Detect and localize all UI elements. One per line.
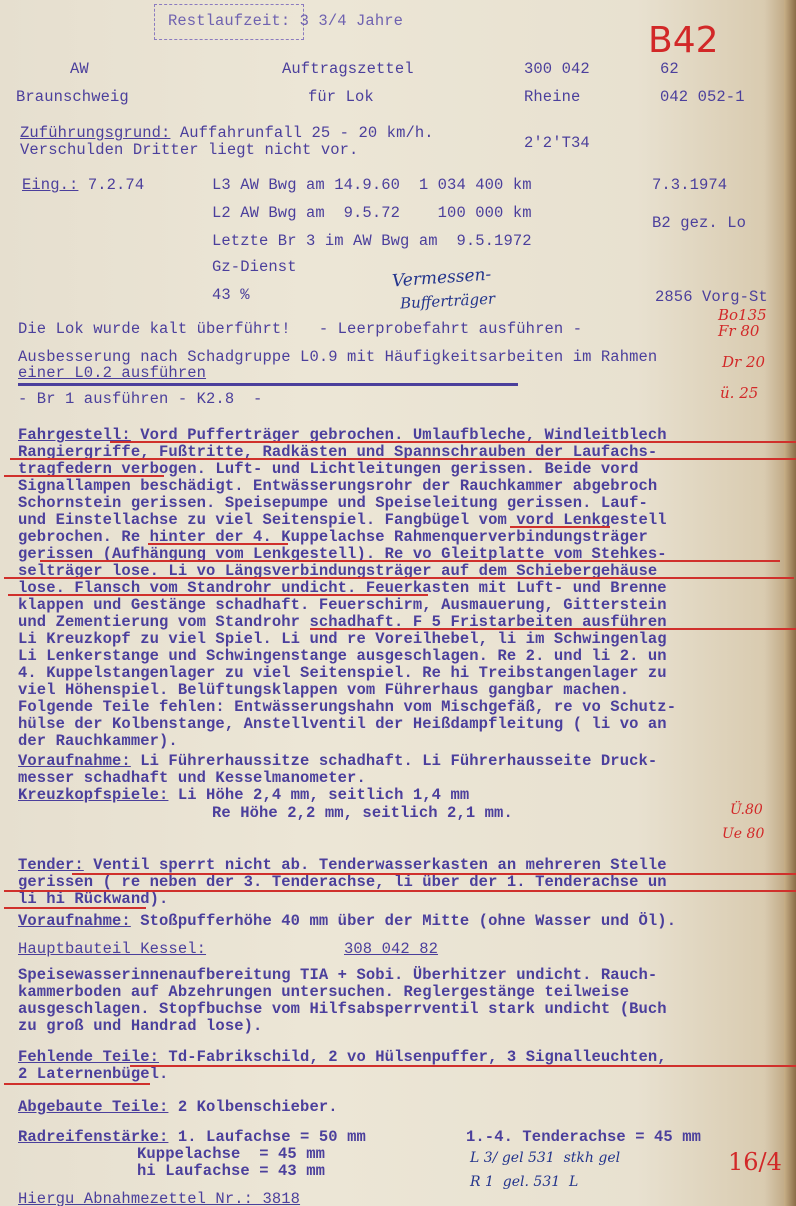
chassis-line-3: Signallampen beschädigt. Entwässerungsro… <box>18 477 657 495</box>
percent: 43 % <box>212 286 250 304</box>
red-underline <box>510 526 610 528</box>
chassis-line-17: hülse der Kolbenstange, Anstellventil de… <box>18 715 667 733</box>
boiler-line-3: zu groß und Handrad lose). <box>18 1017 262 1035</box>
crosshead-line-1: Kreuzkopfspiele: Li Höhe 2,4 mm, seitlic… <box>18 786 469 804</box>
header-aw: AW <box>70 60 89 78</box>
l2-inspection: L2 AW Bwg am 9.5.72 100 000 km <box>212 204 532 222</box>
boiler-number: 308 042 82 <box>344 940 438 958</box>
last-br3: Letzte Br 3 im AW Bwg am 9.5.1972 <box>212 232 532 250</box>
red-underline <box>4 475 164 477</box>
boiler-line-2: ausgeschlagen. Stopfbuchse vom Hilfsabsp… <box>18 1000 667 1018</box>
boiler-label: Hauptbauteil Kessel: <box>18 940 206 958</box>
wheel-arrangement: 2'2'T34 <box>524 134 590 152</box>
cold-transfer-line: Die Lok wurde kalt überführt! - Leerprob… <box>18 320 582 338</box>
crosshead-label: Kreuzkopfspiele: <box>18 786 168 804</box>
pre-inspection-1-line-1: Voraufnahme: Li Führerhaussitze schadhaf… <box>18 752 657 770</box>
paper-edge <box>784 0 796 1206</box>
red-underline <box>10 458 796 460</box>
tyre-tender: 1.-4. Tenderachse = 45 mm <box>466 1128 701 1146</box>
red-note-bottom: 16/4 <box>728 1148 782 1176</box>
chassis-line-10: klappen und Gestänge schadhaft. Feuersch… <box>18 596 667 614</box>
tender-line-2: gerissen ( re neben der 3. Tenderachse, … <box>18 873 667 891</box>
handwritten-blue-2: Bufferträger <box>400 290 496 313</box>
missing-parts-line-2: 2 Laternenbügel. <box>18 1065 168 1083</box>
br1-line: - Br 1 ausführen - K2.8 - <box>18 390 262 408</box>
missing-parts-line-1: Fehlende Teile: Td-Fabrikschild, 2 vo Hü… <box>18 1048 667 1066</box>
pre-inspection-1-line-2: messer schadhaft und Kesselmanometer. <box>18 769 366 787</box>
chassis-line-6: gebrochen. Re hinter der 4. Kuppelachse … <box>18 528 648 546</box>
reason-line-2: Verschulden Dritter liegt nicht vor. <box>20 141 358 159</box>
pre-inspection-2: Voraufnahme: Stoßpufferhöhe 40 mm über d… <box>18 912 676 930</box>
reason-line-1: Zuführungsgrund: Auffahrunfall 25 - 20 k… <box>20 124 434 142</box>
removed-parts: Abgebaute Teile: 2 Kolbenschieber. <box>18 1098 338 1116</box>
chassis-line-4: Schornstein gerissen. Speisepumpe und Sp… <box>18 494 648 512</box>
chassis-line-14: 4. Kuppelstangenlager zu viel Seitenspie… <box>18 664 667 682</box>
handwritten-blue-1: Vermessen- <box>391 265 491 292</box>
red-underline <box>4 890 796 892</box>
right-b2: B2 gez. Lo <box>652 214 746 232</box>
missing-parts-label: Fehlende Teile: <box>18 1048 159 1066</box>
red-underline <box>4 577 794 579</box>
red-underline <box>72 873 796 875</box>
handwritten-bottom-1: L 3/ gel 531 stkh gel <box>470 1150 620 1166</box>
chassis-line-18: der Rauchkammer). <box>18 732 178 750</box>
red-underline <box>130 1065 796 1067</box>
red-note-fr: Fr 80 <box>718 322 759 340</box>
header-depot: Rheine <box>524 88 580 106</box>
red-underline <box>4 1083 150 1085</box>
pre-inspection-label: Voraufnahme: <box>18 752 131 770</box>
divider <box>18 383 518 386</box>
chassis-line-13: Li Lenkerstange und Schwingenstange ausg… <box>18 647 667 665</box>
red-note-mid-2: Ue 80 <box>722 826 764 842</box>
red-underline <box>8 594 428 596</box>
red-underline <box>40 560 780 562</box>
tyre-line-3: hi Laufachse = 43 mm <box>137 1162 325 1180</box>
header-loco-id: 042 052-1 <box>660 88 745 106</box>
red-note-u: ü. 25 <box>720 384 758 402</box>
repair-line-2: einer L0.2 ausführen <box>18 364 206 382</box>
remaining-life-stamp: Restlaufzeit: 3 3/4 Jahre <box>168 12 403 30</box>
crosshead-line-2: Re Höhe 2,2 mm, seitlich 2,1 mm. <box>212 804 513 822</box>
header-title: Auftragszettel <box>282 60 414 78</box>
handwritten-bottom-2: R 1 gel. 531 L <box>470 1174 587 1190</box>
boiler-line-0: Speisewasserinnenaufbereitung TIA + Sobi… <box>18 966 657 984</box>
tyre-line-1: Radreifenstärke: 1. Laufachse = 50 mm <box>18 1128 366 1146</box>
tender-line-3: li hi Rückwand). <box>18 890 168 908</box>
boiler-line-1: kammerboden auf Abzehrungen untersuchen.… <box>18 983 629 1001</box>
red-note-dr: Dr 20 <box>722 353 765 371</box>
red-note-mid-1: Ü.80 <box>730 802 763 818</box>
right-vorg: 2856 Vorg-St <box>655 288 768 306</box>
tyre-line-2: Kuppelachse = 45 mm <box>137 1145 325 1163</box>
header-number: 300 042 <box>524 60 590 78</box>
red-mark-b42: B42 <box>648 20 719 61</box>
right-date: 7.3.1974 <box>652 176 727 194</box>
header-subtitle: für Lok <box>308 88 374 106</box>
header-braunschweig: Braunschweig <box>16 88 129 106</box>
chassis-line-12: Li Kreuzkopf zu viel Spiel. Li und re Vo… <box>18 630 667 648</box>
header-class: 62 <box>660 60 679 78</box>
red-underline <box>310 628 796 630</box>
acceptance-slip: Hiergu Abnahmezettel Nr.: 3818 <box>18 1190 300 1206</box>
red-underline <box>4 907 146 909</box>
chassis-line-15: viel Höhenspiel. Belüftungsklappen vom F… <box>18 681 629 699</box>
tender-line-1: Tender: Ventil sperrt nicht ab. Tenderwa… <box>18 856 667 874</box>
service-type: Gz-Dienst <box>212 258 297 276</box>
tyre-label: Radreifenstärke: <box>18 1128 168 1146</box>
tender-label: Tender: <box>18 856 84 874</box>
l3-inspection: L3 AW Bwg am 14.9.60 1 034 400 km <box>212 176 532 194</box>
entry-line: Eing.: 7.2.74 <box>22 176 144 194</box>
red-underline <box>110 441 796 443</box>
reason-label: Zuführungsgrund: <box>20 124 170 142</box>
chassis-line-16: Folgende Teile fehlen: Entwässerungshahn… <box>18 698 676 716</box>
red-underline <box>148 543 288 545</box>
